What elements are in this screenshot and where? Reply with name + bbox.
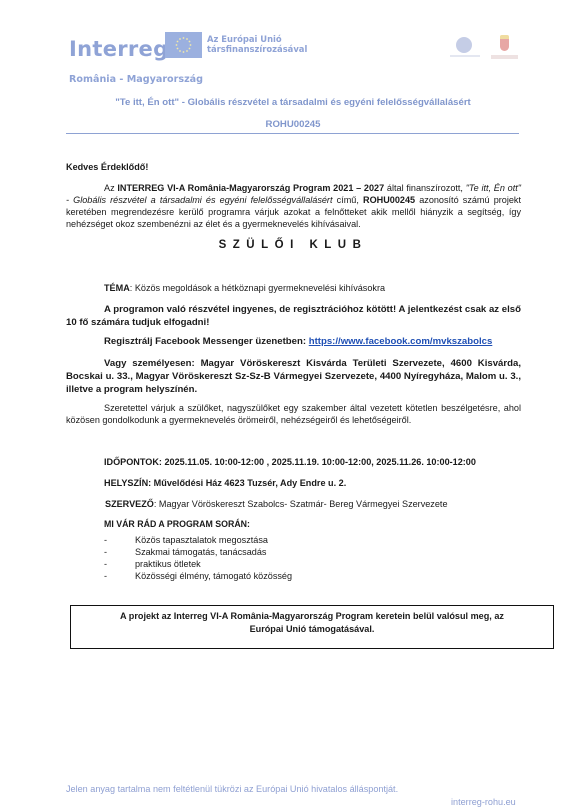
- greeting: Kedves Érdeklődő!: [66, 161, 148, 173]
- organizer-label: SZERVEZŐ: [105, 499, 154, 509]
- register-line: Regisztrálj Facebook Messenger üzenetben…: [104, 336, 492, 348]
- expectations-heading: MI VÁR RÁD A PROGRAM SORÁN:: [104, 518, 250, 530]
- romania-government-emblem-icon: [456, 37, 472, 53]
- event-organizer: SZERVEZŐ: Magyar Vöröskereszt Szabolcs- …: [105, 498, 448, 510]
- footer-website: interreg-rohu.eu: [451, 797, 516, 807]
- footer-disclaimer: Jelen anyag tartalma nem feltétlenül tük…: [66, 784, 398, 794]
- header-divider: [66, 133, 519, 134]
- club-title: SZÜLŐI KLUB: [0, 239, 586, 251]
- theme-line: TÉMA: Közös megoldások a hétköznapi gyer…: [104, 282, 385, 294]
- region-label: România - Magyarország: [69, 74, 203, 85]
- project-title: "Te itt, Én ott" - Globális részvétel a …: [0, 97, 586, 108]
- hungary-government-emblem-icon: [500, 35, 509, 51]
- romania-emblem-caption: [450, 55, 480, 57]
- eu-cofinancing-text: Az Európai Unió társfinanszírozásával: [207, 34, 307, 54]
- event-dates: IDŐPONTOK: 2025.11.05. 10:00-12:00 , 202…: [104, 456, 476, 468]
- intro-paragraph: Az INTERREG VI-A România-Magyarország Pr…: [66, 182, 521, 230]
- funding-notice-box: A projekt az Interreg VI-A România-Magya…: [70, 605, 554, 649]
- theme-label: TÉMA: [104, 283, 130, 293]
- hungary-emblem-caption: [491, 55, 518, 59]
- eu-flag-icon: [165, 32, 202, 58]
- event-venue: HELYSZÍN: Művelődési Ház 4623 Tuzsér, Ad…: [104, 477, 346, 489]
- project-code: ROHU00245: [0, 119, 586, 130]
- free-registration-notice: A programon való részvétel ingyenes, de …: [66, 303, 521, 329]
- interreg-logo: Interreg: [69, 37, 168, 61]
- facebook-link[interactable]: https://www.facebook.com/mvkszabolcs: [309, 336, 493, 347]
- invitation-paragraph: Szeretettel várjuk a szülőket, nagyszülő…: [66, 402, 521, 426]
- in-person-registration: Vagy személyesen: Magyar Vöröskereszt Ki…: [66, 357, 521, 396]
